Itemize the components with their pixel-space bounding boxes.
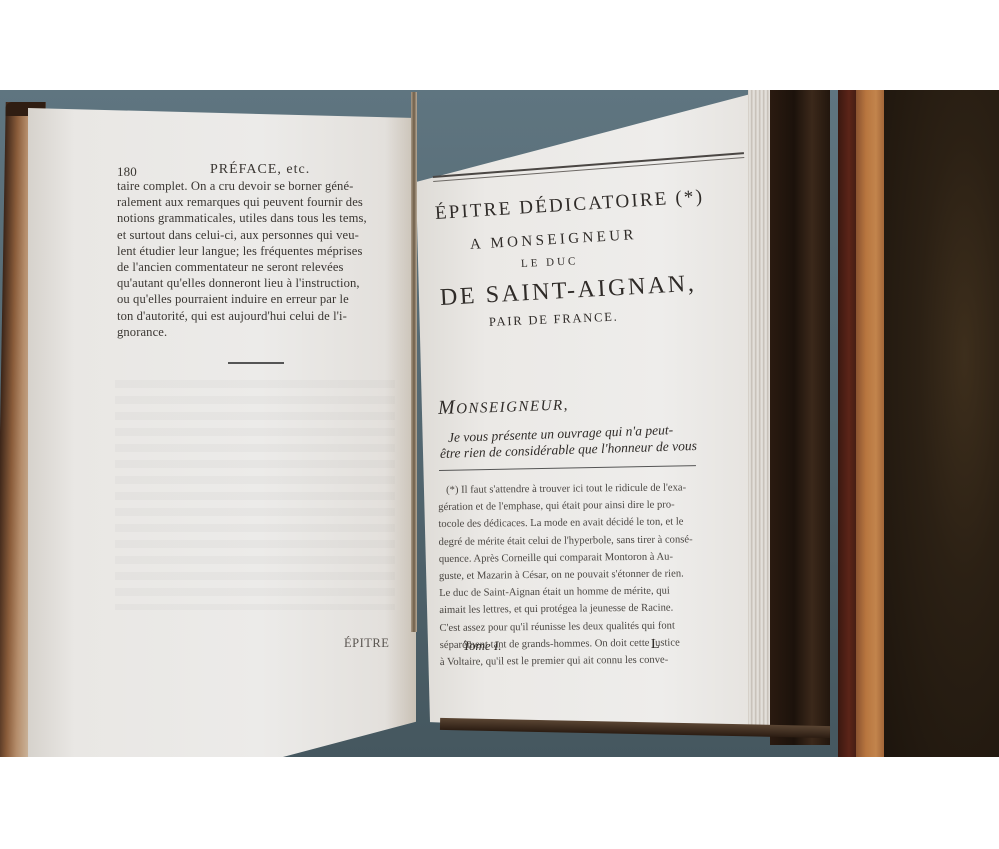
- text-line: taire complet. On a cru devoir se borner…: [117, 178, 392, 194]
- book-gutter: [411, 92, 417, 632]
- running-head: PRÉFACE, etc.: [210, 162, 310, 178]
- text-line: ton d'autorité, qui est aujourd'hui celu…: [117, 308, 392, 324]
- section-divider-rule: [228, 362, 284, 364]
- neighbor-book-cover-dark: [884, 90, 999, 757]
- text-line: gnorance.: [117, 324, 392, 340]
- footnote-line: degré de mérite était celui de l'hyperbo…: [439, 531, 729, 551]
- signature-mark: L: [651, 637, 660, 653]
- catchword: ÉPITRE: [344, 636, 389, 651]
- neighbor-book-spine-tan: [856, 90, 886, 757]
- text-line: ou qu'elles pourraient induire en erreur…: [117, 291, 392, 307]
- right-cover-board: [770, 90, 830, 745]
- text-line: notions grammaticales, utiles dans tous …: [117, 210, 392, 226]
- salutation: MONSEIGNEUR,: [438, 392, 570, 420]
- signature-volume: Tome I.: [463, 638, 502, 654]
- salutation-initial: M: [438, 396, 457, 419]
- preface-text: taire complet. On a cru devoir se borner…: [117, 178, 392, 340]
- text-line: ralement aux remarques qui peuvent fourn…: [117, 194, 392, 210]
- salutation-rest: ONSEIGNEUR,: [456, 397, 569, 417]
- show-through-text: [115, 380, 395, 610]
- text-line: lent étudier leur langue; les fréquentes…: [117, 243, 392, 259]
- text-line: et surtout dans celui-ci, aux personnes …: [117, 227, 392, 243]
- footnote-line: à Voltaire, qu'il est le premier qui ait…: [440, 651, 730, 671]
- footnote-line: (*) Il faut s'attendre à trouver ici tou…: [438, 479, 728, 499]
- text-line: qu'autant qu'elles donneront lieu à l'in…: [117, 275, 392, 291]
- text-line: de l'ancien commentateur ne seront relev…: [117, 259, 392, 275]
